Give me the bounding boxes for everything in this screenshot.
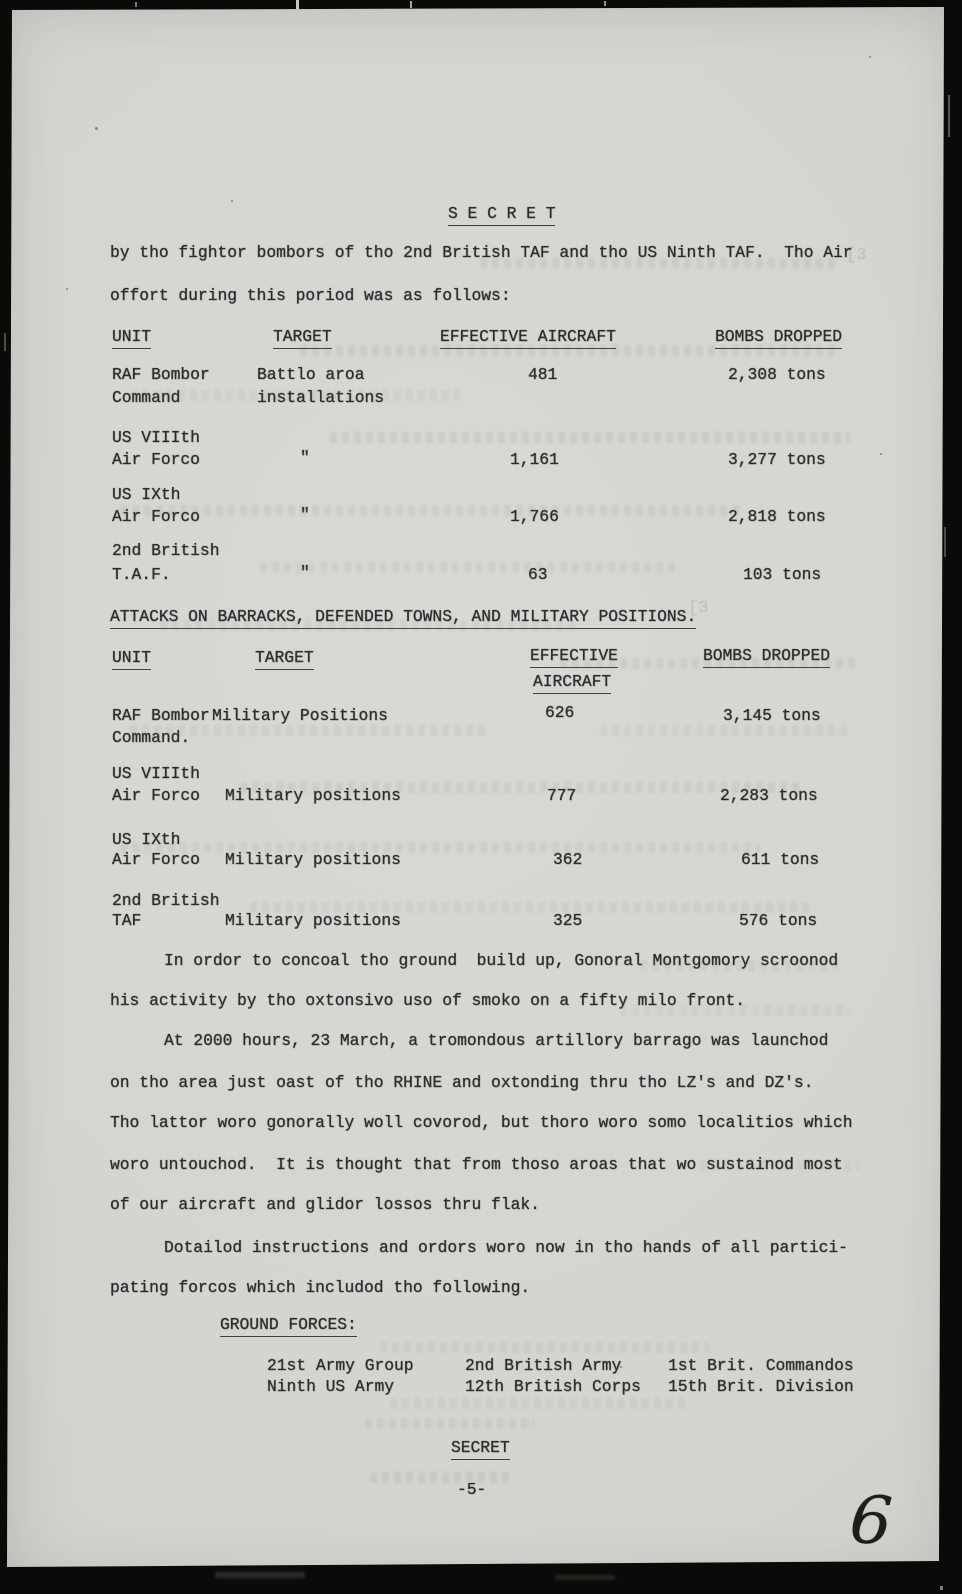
scan-scratch xyxy=(940,1586,943,1590)
table2-header-target: TARGET xyxy=(255,648,314,670)
body-line-4: on tho area just oast of tho RHINE and o… xyxy=(110,1073,813,1093)
bleed-through-artifact xyxy=(700,1160,860,1171)
table2-row1-target: Military Positions xyxy=(212,706,388,726)
classification-header: S E C R E T xyxy=(448,204,555,226)
table1-row4-unit-line2: T.A.F. xyxy=(112,565,171,585)
bleed-through-artifact xyxy=(130,390,460,401)
paper-speck xyxy=(231,200,233,202)
table1-row1-aircraft: 481 xyxy=(528,365,557,385)
table1-header-unit: UNIT xyxy=(112,327,151,349)
scan-smudge xyxy=(555,1575,615,1580)
table2-row2-unit-line2: Air Forco xyxy=(112,786,200,806)
table1-row1-bombs: 2,308 tons xyxy=(728,365,826,385)
table2-header-aircraft-line2: AIRCRAFT xyxy=(533,672,611,694)
scan-scratch xyxy=(4,333,6,351)
table2-row3-target: Military positions xyxy=(225,850,401,870)
table2-row3-bombs: 611 tons xyxy=(741,850,819,870)
paper-speck xyxy=(620,1366,622,1368)
table2-row2-unit-line1: US VIIIth xyxy=(112,764,200,784)
table2-row4-bombs: 576 tons xyxy=(739,911,817,931)
bleed-through-artifact xyxy=(240,782,800,793)
paper-speck xyxy=(66,288,68,290)
ground-forces-col3-row2: 15th Brit. Division xyxy=(668,1377,854,1397)
table2-row1-aircraft: 626 xyxy=(545,703,574,723)
table2-row4-unit-line2: TAF xyxy=(112,911,141,931)
scan-scratch xyxy=(296,0,299,9)
paper-speck xyxy=(95,127,98,130)
scan-scratch xyxy=(135,2,137,7)
ground-forces-col3-row1: 1st Brit. Commandos xyxy=(668,1356,854,1376)
scan-scratch xyxy=(604,1,606,6)
intro-line-2: offort during this poriod was as follows… xyxy=(110,286,511,306)
table2-row4-unit-line1: 2nd British xyxy=(112,891,219,911)
table1-row2-unit-line1: US VIIIth xyxy=(112,428,200,448)
table2-row3-unit-line2: Air Forco xyxy=(112,850,200,870)
ground-forces-heading: GROUND FORCES: xyxy=(220,1315,357,1337)
table1-row2-aircraft: 1,161 xyxy=(510,450,559,470)
table1-row1-unit-line1: RAF Bombor xyxy=(112,365,210,385)
bleed-through-artifact xyxy=(390,1398,690,1409)
bleed-through-artifact xyxy=(250,902,810,913)
footer-classification: SECRET xyxy=(451,1438,510,1460)
table2-row4-aircraft: 325 xyxy=(553,911,582,931)
table1-row2-ditto-mark: " xyxy=(300,448,310,468)
bleed-through-artifact xyxy=(380,1342,710,1353)
bleed-through-artifact xyxy=(130,725,490,736)
bleed-through-artifact xyxy=(620,1005,850,1016)
table2-row3-aircraft: 362 xyxy=(553,850,582,870)
bleed-through-artifact xyxy=(560,658,860,669)
scan-scratch xyxy=(944,527,946,557)
bleed-through-artifact xyxy=(300,345,840,356)
body-line-7: of our aircraft and glidor lossos thru f… xyxy=(110,1195,540,1215)
table1-row4-unit-line1: 2nd British xyxy=(112,541,219,561)
ground-forces-col1-row2: Ninth US Army xyxy=(267,1377,394,1397)
bleed-through-artifact xyxy=(120,505,740,516)
body-line-5: Tho lattor woro gonorally woll covorod, … xyxy=(110,1113,853,1133)
ground-forces-col2-row1: 2nd British Army xyxy=(465,1356,621,1376)
scan-scratch xyxy=(410,1,412,8)
table2-row1-bombs: 3,145 tons xyxy=(723,706,821,726)
table1-row1-target-line1: Battlo aroa xyxy=(257,365,364,385)
bleed-through-artifact xyxy=(120,842,760,853)
handwritten-frame-number: 6 xyxy=(848,1487,895,1556)
table2-header-unit: UNIT xyxy=(112,648,151,670)
table1-row4-bombs: 103 tons xyxy=(743,565,821,585)
paper-speck xyxy=(869,56,871,58)
bleed-through-artifact xyxy=(600,725,850,736)
table2-row4-target: Military positions xyxy=(225,911,401,931)
paper-speck xyxy=(880,453,882,455)
bleed-through-artifact xyxy=(260,562,680,573)
bleed-through-artifact xyxy=(365,1418,535,1429)
table1-row2-bombs: 3,277 tons xyxy=(728,450,826,470)
footer-page-number: -5- xyxy=(457,1480,486,1500)
scanned-document-page: S E C R E T by tho fightor bombors of th… xyxy=(0,0,962,1594)
scan-scratch xyxy=(948,95,950,137)
scan-smudge xyxy=(215,1572,305,1578)
margin-mark-1: [3 xyxy=(846,246,866,265)
table1-row3-bombs: 2,818 tons xyxy=(728,507,826,527)
bleed-through-artifact xyxy=(160,620,580,631)
bleed-through-artifact xyxy=(370,1472,510,1483)
bleed-through-artifact xyxy=(640,960,840,971)
table2-row1-unit-line1: RAF Bombor xyxy=(112,706,210,726)
bleed-through-artifact xyxy=(330,432,850,443)
bleed-through-artifact xyxy=(480,258,840,269)
ground-forces-col1-row1: 21st Army Group xyxy=(267,1356,414,1376)
paper-sheet: S E C R E T by tho fightor bombors of th… xyxy=(0,0,962,1594)
body-line-8: Dotailod instructions and ordors woro no… xyxy=(164,1238,848,1258)
table1-row2-unit-line2: Air Forco xyxy=(112,450,200,470)
table1-row3-unit-line1: US IXth xyxy=(112,485,180,505)
margin-mark-2: [3 xyxy=(688,599,708,618)
ground-forces-col2-row2: 12th British Corps xyxy=(465,1377,641,1397)
body-line-9: pating forcos which includod tho followi… xyxy=(110,1278,530,1298)
body-line-3: At 2000 hours, 23 March, a tromondous ar… xyxy=(164,1031,828,1051)
